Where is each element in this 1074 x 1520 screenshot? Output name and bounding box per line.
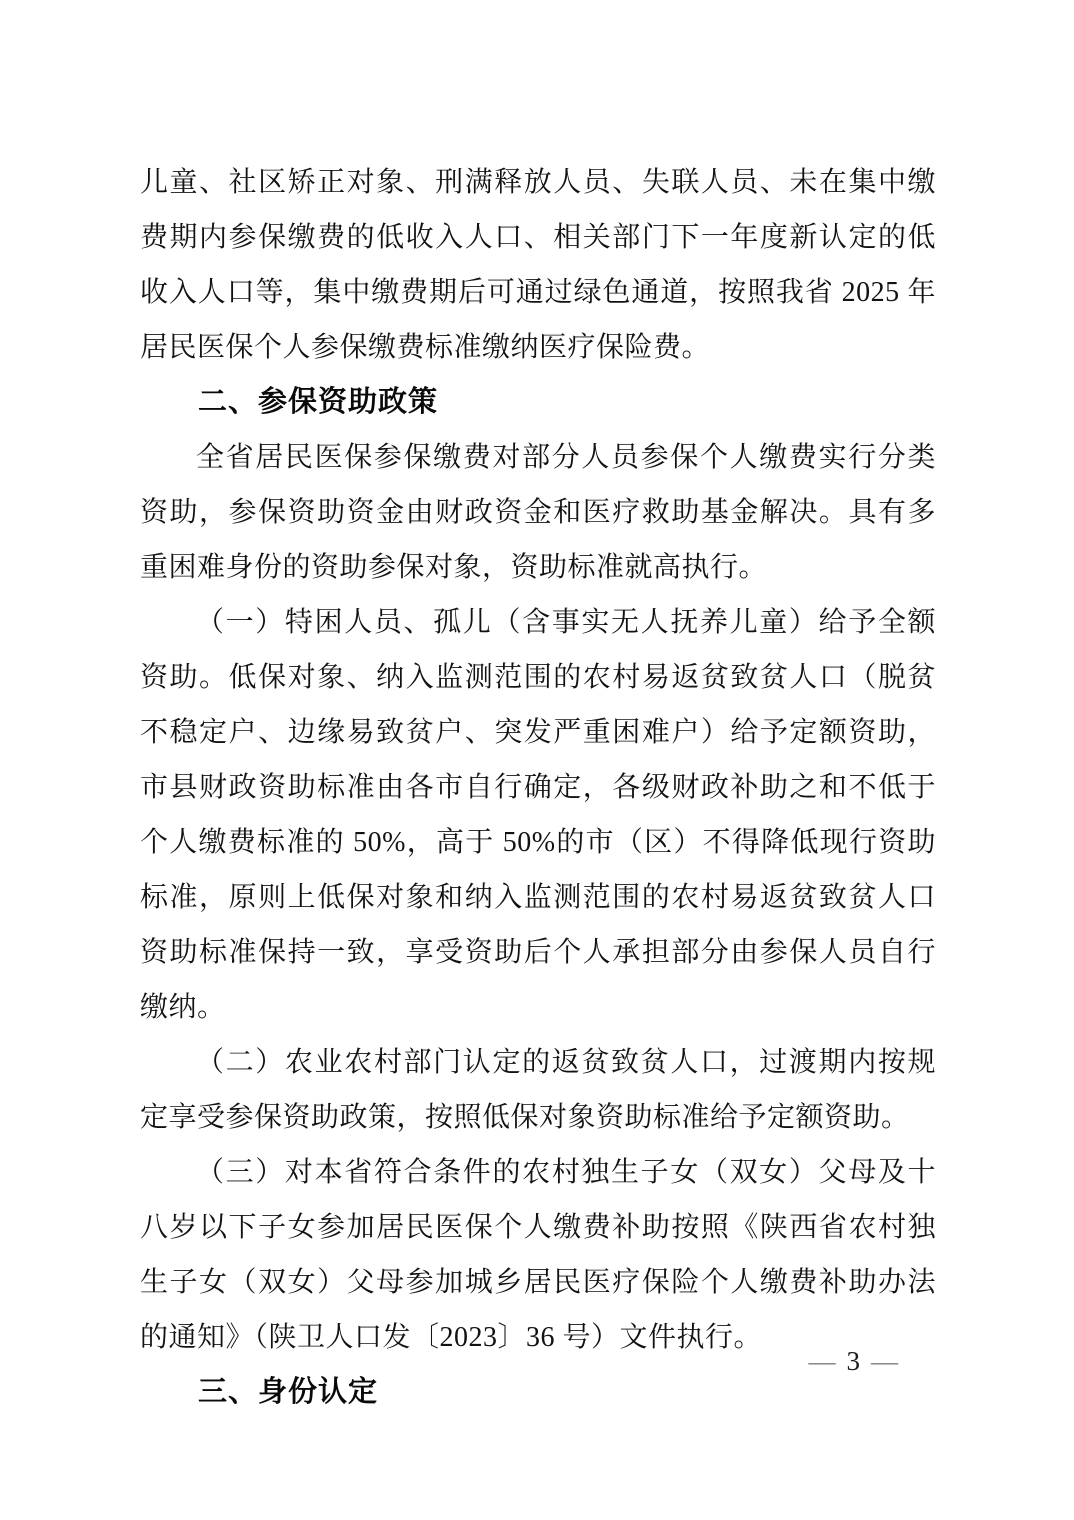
- document-body: 儿童、社区矫正对象、刑满释放人员、失联人员、未在集中缴费期内参保缴费的低收入人口…: [140, 155, 936, 1420]
- section-heading: 二、参保资助政策: [140, 375, 936, 430]
- paragraph: （一）特困人员、孤儿（含事实无人抚养儿童）给予全额资助。低保对象、纳入监测范围的…: [140, 595, 936, 1035]
- page-footer: —3—: [809, 1344, 899, 1378]
- footer-dash-left: —: [809, 1346, 836, 1376]
- document-page: 儿童、社区矫正对象、刑满释放人员、失联人员、未在集中缴费期内参保缴费的低收入人口…: [0, 0, 1074, 1520]
- paragraph: 儿童、社区矫正对象、刑满释放人员、失联人员、未在集中缴费期内参保缴费的低收入人口…: [140, 155, 936, 375]
- paragraph: 全省居民医保参保缴费对部分人员参保个人缴费实行分类资助，参保资助资金由财政资金和…: [140, 430, 936, 595]
- page-number: 3: [847, 1346, 861, 1376]
- footer-dash-right: —: [871, 1346, 898, 1376]
- paragraph: （三）对本省符合条件的农村独生子女（双女）父母及十八岁以下子女参加居民医保个人缴…: [140, 1145, 936, 1365]
- paragraph: （二）农业农村部门认定的返贫致贫人口，过渡期内按规定享受参保资助政策，按照低保对…: [140, 1035, 936, 1145]
